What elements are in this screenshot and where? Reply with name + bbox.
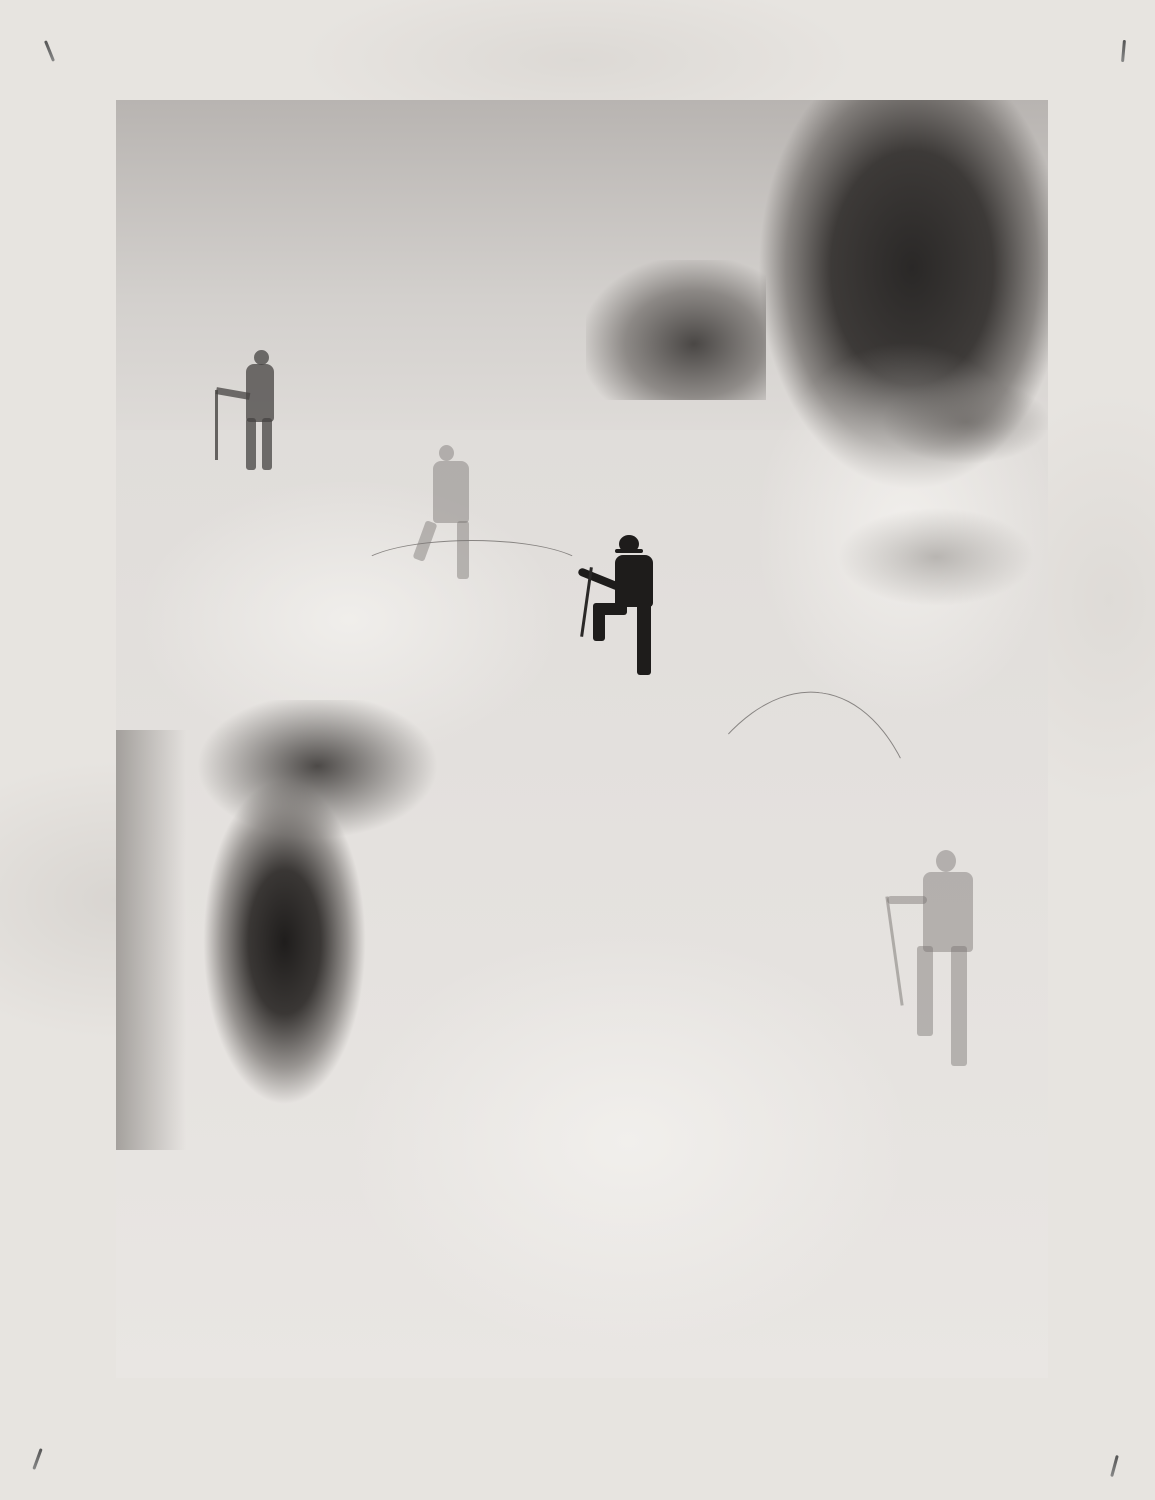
rock-outcrop <box>586 260 766 400</box>
climber-upper-left <box>206 350 286 475</box>
crevasse <box>136 700 466 1140</box>
climber-faint-middle <box>411 445 491 585</box>
photo-print <box>116 100 1048 1378</box>
climber-faint-right <box>881 850 991 1090</box>
climber-center <box>571 535 671 680</box>
